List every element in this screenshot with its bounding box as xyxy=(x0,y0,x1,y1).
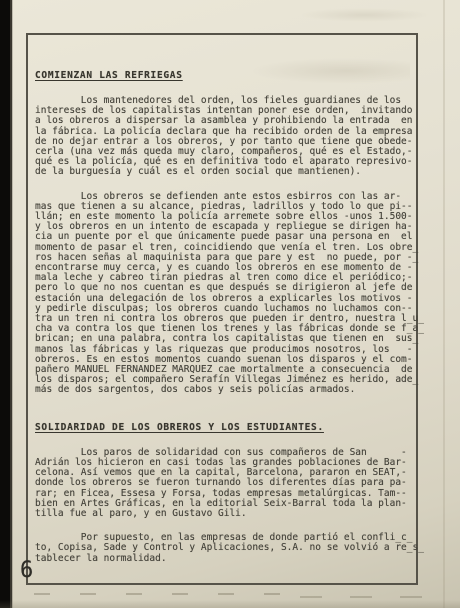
text-line: tilla fue al paro, y en Gustavo Gili. xyxy=(35,509,414,519)
page-number: 6 xyxy=(20,558,33,584)
text-line: to, Copisa, Sade y Control y Aplicacione… xyxy=(35,543,414,553)
scan-streak xyxy=(34,593,284,595)
text-line: tablecer la normalidad. xyxy=(35,554,414,564)
scanned-document-page: COMIENZAN LAS REFRIEGAS Los mantenedores… xyxy=(0,0,460,608)
scan-smudge xyxy=(300,8,430,22)
paragraph: Los paros de solidaridad con sus compañe… xyxy=(35,448,414,519)
sections-container: COMIENZAN LAS REFRIEGAS Los mantenedores… xyxy=(35,70,414,564)
document-section: COMIENZAN LAS REFRIEGAS Los mantenedores… xyxy=(35,70,414,396)
fold-shadow xyxy=(443,0,445,608)
text-line: más de dos sargentos, dos cabos y seis p… xyxy=(35,385,414,395)
scan-streak xyxy=(300,596,430,598)
paragraph: Por supuesto, en las empresas de donde p… xyxy=(35,533,414,564)
document-section: SOLIDARIDAD DE LOS OBREROS Y LOS ESTUDIA… xyxy=(35,422,414,564)
text-line: donde los obreros se fueron turnando los… xyxy=(35,478,414,488)
scan-edge-strip xyxy=(0,0,13,608)
paragraph: Los obreros se defienden ante estos esbi… xyxy=(35,192,414,396)
text-line: de la burguesía y cuál es el orden socia… xyxy=(35,167,414,177)
content-frame: COMIENZAN LAS REFRIEGAS Los mantenedores… xyxy=(26,33,418,585)
paragraph: Los mantenedores del orden, los fieles g… xyxy=(35,96,414,178)
section-heading: COMIENZAN LAS REFRIEGAS xyxy=(35,70,414,82)
scan-shadow xyxy=(0,600,460,608)
section-heading: SOLIDARIDAD DE LOS OBREROS Y LOS ESTUDIA… xyxy=(35,422,414,434)
